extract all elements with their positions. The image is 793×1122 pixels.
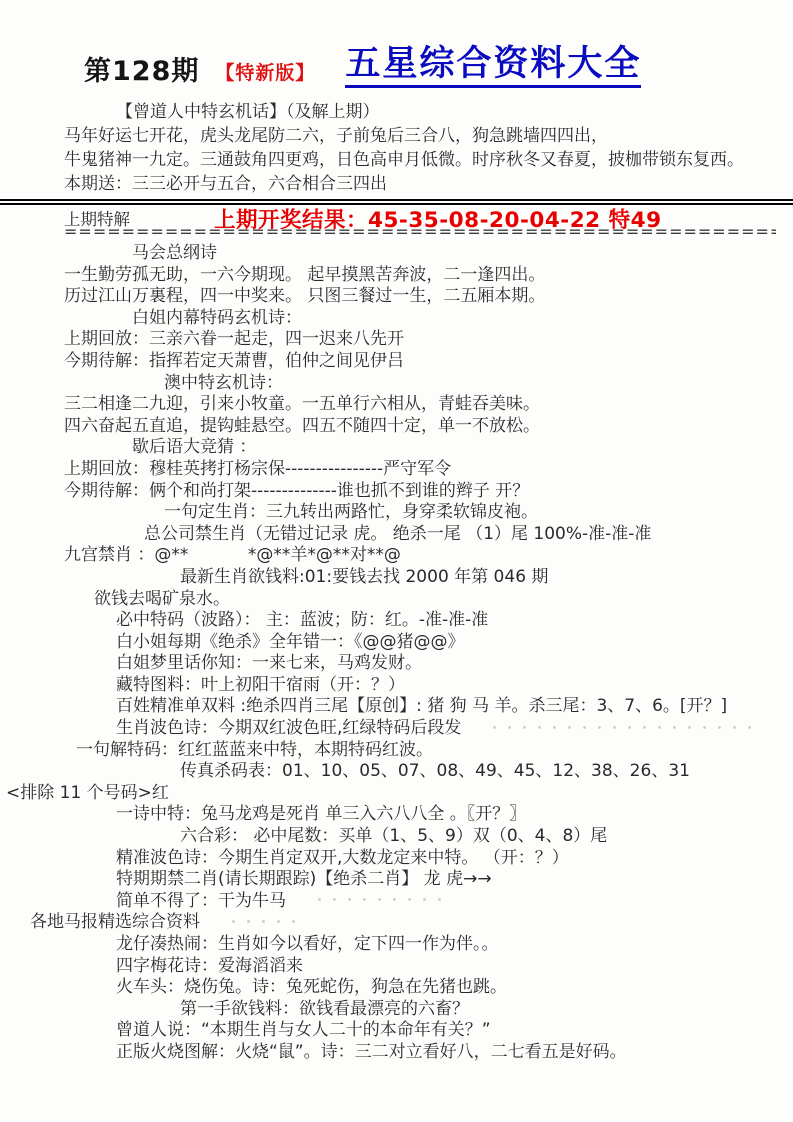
- doc-line: 精准波色诗：今期生肖定双开,大数龙定来中特。 （开：？）: [116, 848, 777, 870]
- doc-line: 白姐梦里话你知：一来七来，马鸡发财。: [116, 653, 777, 675]
- doc-line: 马会总纲诗: [132, 243, 777, 265]
- doc-line: 曾道人说：“本期生肖与女人二十的本命年有关？”: [116, 1020, 777, 1042]
- equals-divider: ========================================…: [64, 224, 776, 240]
- doc-line: 历过江山万裏程，四一中奖来。 只图三餐过一生，二五厢本期。: [64, 286, 777, 308]
- doc-line: 一句解特码：红红蓝蓝来中特，本期特码红波。: [76, 740, 777, 762]
- doc-line: 马年好运七开花，虎头龙尾防二六，子前兔后三合八，狗急跳墙四四出，: [64, 124, 777, 148]
- doc-line: 传真杀码表：01、10、05、07、08、49、45、12、38、26、31: [180, 761, 777, 783]
- doc-line: 第一手欲钱料：欲钱看最漂亮的六畜？: [180, 999, 777, 1021]
- doc-line: 上期回放：三亲六眷一起走，四一迟来八先开: [64, 329, 777, 351]
- doc-line: 特期期禁二肖(请长期跟踪)【绝杀二肖】 龙 虎→→: [116, 869, 777, 891]
- doc-line: 各地马报精选综合资料: [30, 912, 777, 934]
- doc-line: 【曾道人中特玄机话】（及解上期）: [116, 100, 777, 124]
- main-content-section: 马会总纲诗一生勤劳孤无助，一六今期现。 起早摸黑苦奔波，二一逢四出。历过江山万裏…: [64, 243, 777, 1064]
- doc-line: 一诗中特：兔马龙鸡是死肖 单三入六八八全 。〖开？〗: [116, 804, 777, 826]
- doc-line: 歇后语大竞猜 ：: [132, 437, 777, 459]
- intro-section: 【曾道人中特玄机话】（及解上期）马年好运七开花，虎头龙尾防二六，子前兔后三合八，…: [64, 100, 777, 196]
- erased-text-smudge: [226, 918, 306, 927]
- issue-number: 第128期: [84, 49, 199, 88]
- doc-line: 最新生肖欲钱料:01:要钱去找 2000 年第 046 期: [180, 567, 777, 589]
- doc-line: 九宫禁肖 ：@** *@**羊*@**对**@: [64, 545, 777, 567]
- doc-line: 百姓精准单双料 :绝杀四肖三尾【原创】: 猪 狗 马 羊。杀三尾：3、7、6。[…: [116, 696, 777, 718]
- erased-text-smudge: [487, 724, 755, 733]
- doc-line: 一生勤劳孤无助，一六今期现。 起早摸黑苦奔波，二一逢四出。: [64, 265, 777, 287]
- doc-line: 澳中特玄机诗：: [164, 373, 777, 395]
- page-header: 第128期 【特新版】 五星综合资料大全: [84, 46, 641, 88]
- doc-line: 藏特图料：叶上初阳干宿雨（开：？）: [116, 675, 777, 697]
- doc-line: 今期待解：指挥若定天萧曹，伯仲之间见伊吕: [64, 351, 777, 373]
- doc-line: 简单不得了：干为牛马: [116, 891, 777, 913]
- doc-line: <排除 11 个号码>红: [6, 783, 777, 805]
- doc-line: 三二相逢二九迎，引来小牧童。一五单行六相从，青蛙吞美味。: [64, 394, 777, 416]
- doc-line: 牛鬼猪神一九定。三通鼓角四更鸡，日色高申月低微。时序秋冬又春夏，披枷带锁东复西。: [64, 148, 777, 172]
- lottery-info-sheet: 第128期 【特新版】 五星综合资料大全 【曾道人中特玄机话】（及解上期）马年好…: [0, 0, 793, 1122]
- doc-line: 六合彩： 必中尾数：买单（1、5、9）双（0、4、8）尾: [180, 826, 777, 848]
- doc-line: 火车头：烧伤兔。诗：兔死蛇伤，狗急在先猪也跳。: [116, 977, 777, 999]
- doc-line: 本期送：三三必开与五合，六合相合三四出: [64, 172, 777, 196]
- doc-line: 必中特码（波路）： 主：蓝波；防：红。-准-准-准: [116, 610, 777, 632]
- page-title: 五星综合资料大全: [345, 46, 641, 88]
- doc-line: 上期回放：穆桂英拷打杨宗保----------------严守军令: [64, 459, 777, 481]
- erased-text-smudge: [312, 896, 452, 905]
- doc-line: 欲钱去喝矿泉水。: [94, 589, 777, 611]
- doc-line: 四六奋起五直追，提钩蛙悬空。四五不随四十定，单一不放松。: [64, 416, 777, 438]
- doc-line: 正版火烧图解：火烧“鼠”。诗：三二对立看好八，二七看五是好码。: [116, 1042, 777, 1064]
- doc-line: 一句定生肖：三九转出两路忙，身穿柔软锦皮袍。: [164, 502, 777, 524]
- doc-line: 龙仔凑热闹：生肖如今以看好，定下四一作为伴。。: [116, 934, 777, 956]
- doc-line: 四字梅花诗：爱海滔滔来: [116, 956, 777, 978]
- edition-badge: 【特新版】: [215, 58, 315, 88]
- doc-line: 总公司禁生肖（无错过记录 虎。 绝杀一尾 （1）尾 100%-准-准-准: [144, 524, 777, 546]
- doc-line: 白姐内幕特码玄机诗：: [132, 308, 777, 330]
- doc-line: 今期待解：俩个和尚打架--------------谁也抓不到谁的辫子 开？: [64, 481, 777, 503]
- doc-line: 生肖波色诗：今期双红波色旺,红绿特码后段发: [116, 718, 777, 740]
- doc-line: 白小姐每期《绝杀》全年错一：《@@猪@@》: [116, 632, 777, 654]
